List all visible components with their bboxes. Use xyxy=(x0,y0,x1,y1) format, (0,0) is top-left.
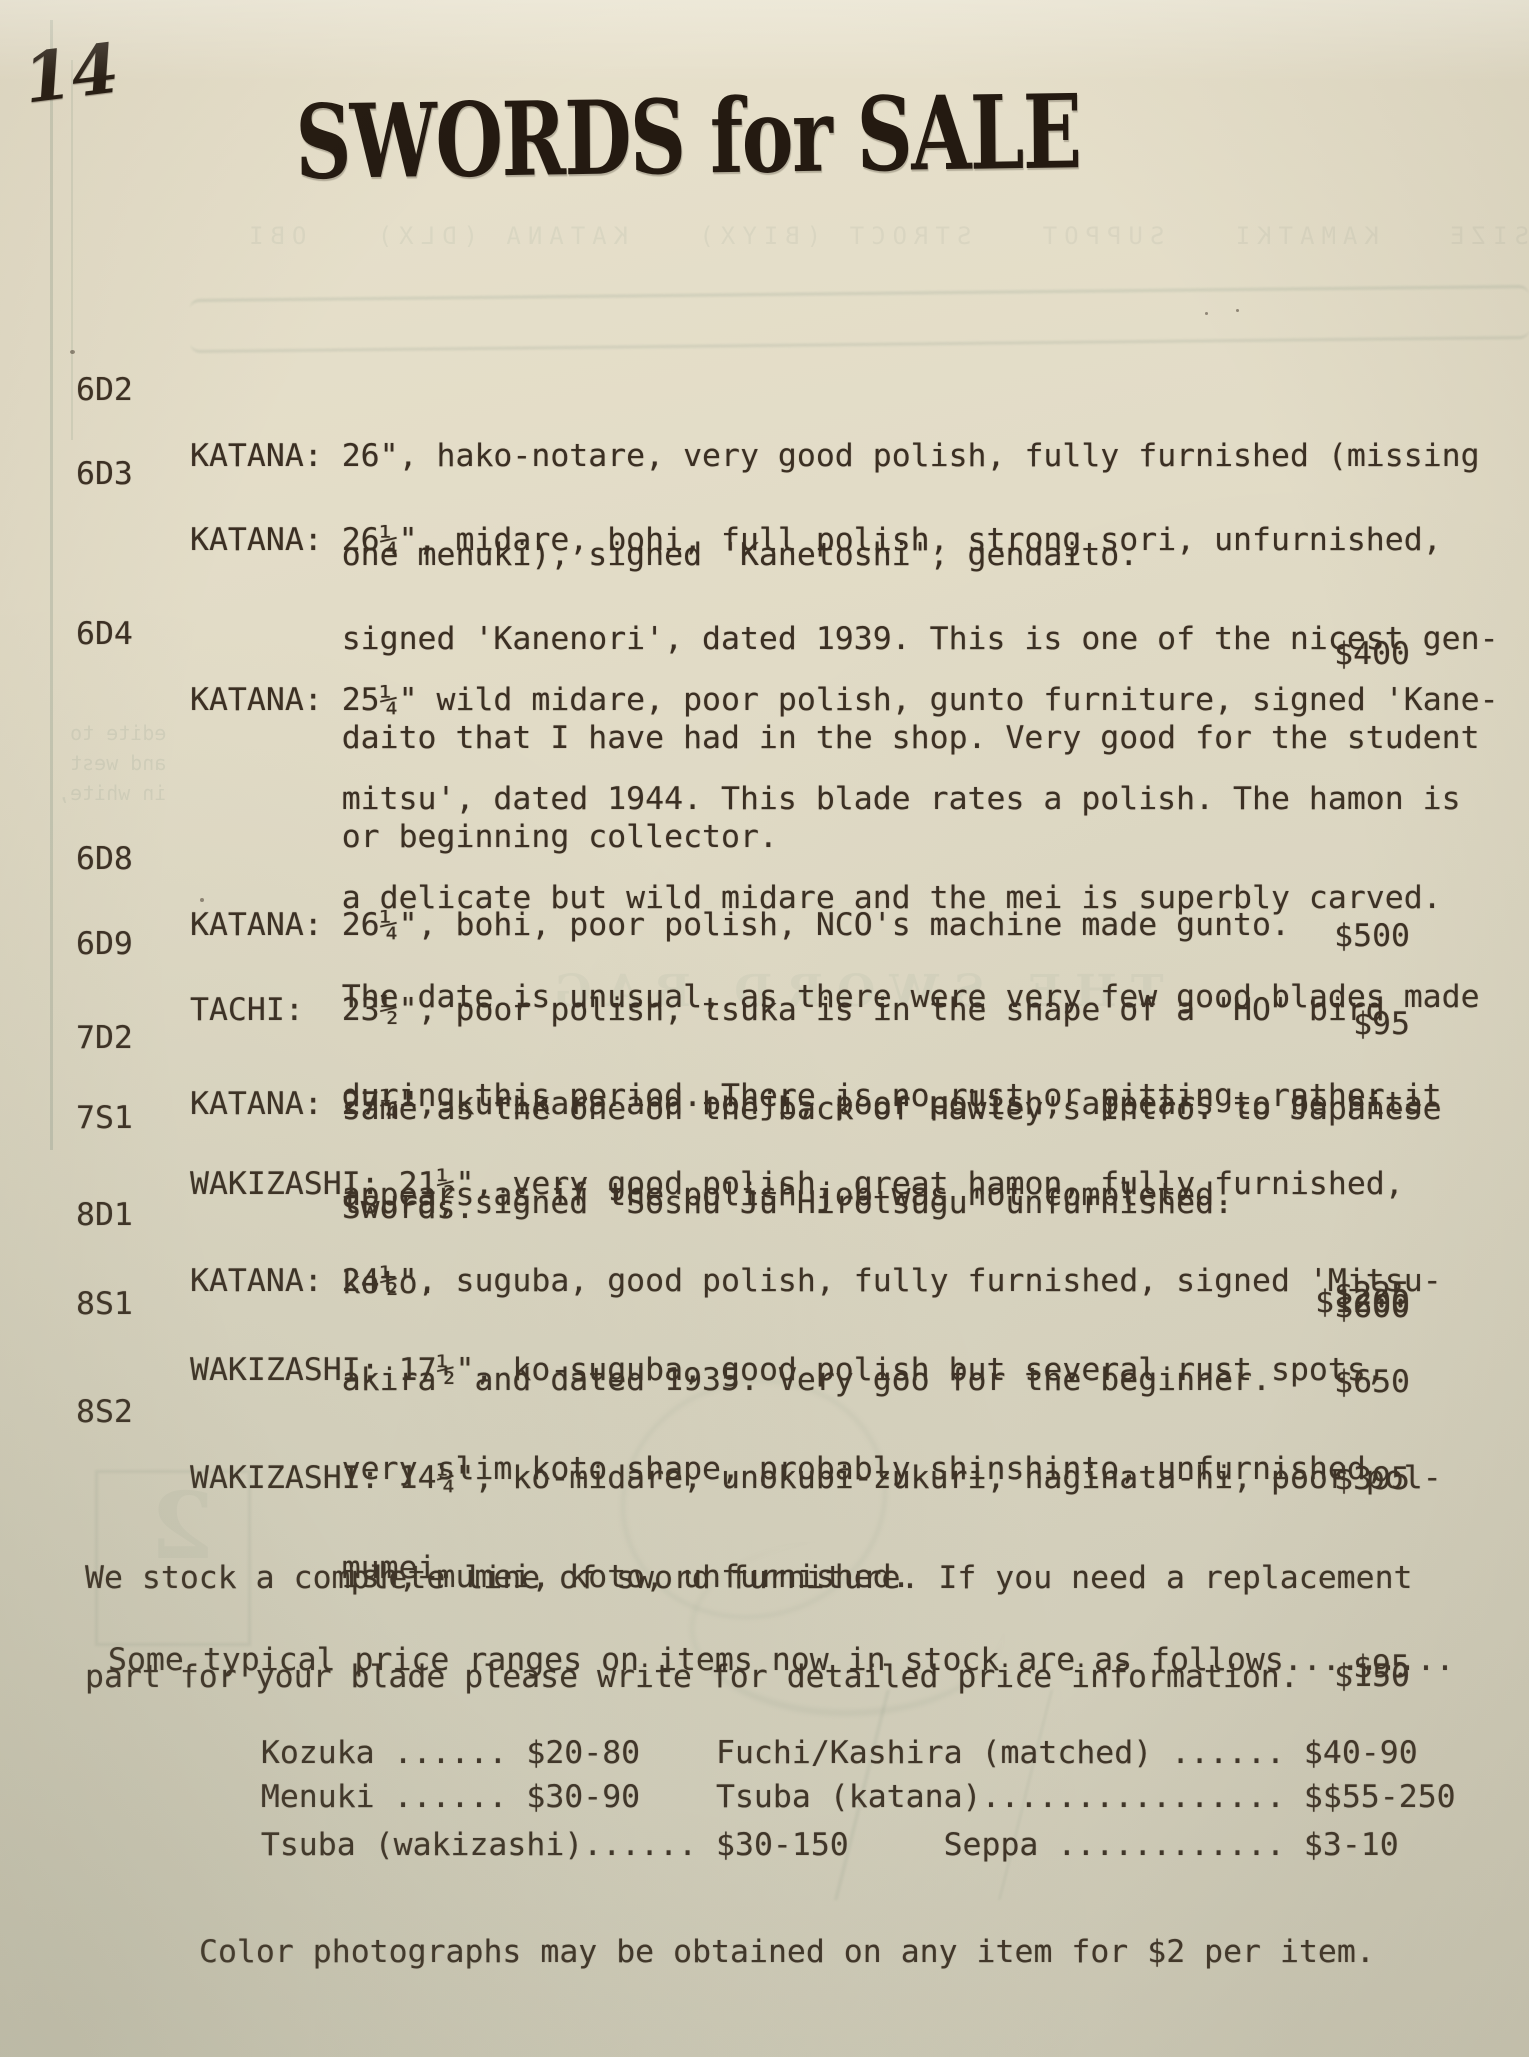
bleedthrough-left-rule xyxy=(50,20,53,1150)
price-range-left: Tsuba (wakizashi)...... $30-150 xyxy=(261,1829,944,1862)
listing-line: mitsu', dated 1944. This blade rates a p… xyxy=(342,783,1410,816)
footer-note: Color photographs may be obtained on any… xyxy=(199,1936,1375,1969)
scanned-catalog-page: SIZE KAMATKI SUPPOT STROCT (BIYX) KATANA… xyxy=(0,0,1529,2057)
ink-speck xyxy=(1205,312,1208,315)
price-range-right: Seppa ............ $3-10 xyxy=(944,1827,1399,1863)
listing-line: WAKIZASHI: 21½", very good polish, great… xyxy=(190,1168,1410,1201)
bleedthrough-left-rule-2 xyxy=(71,60,73,440)
bleedthrough-pencil-lines xyxy=(190,285,1529,353)
bleedthrough-text-top: SIZE KAMATKI SUPPOT STROCT (BIYX) KATANA… xyxy=(170,222,1529,250)
furniture-note-line: We stock a complete line of sword furnit… xyxy=(85,1562,1413,1595)
price-ranges-intro: Some typical price ranges on items now i… xyxy=(108,1644,1455,1677)
listing-line: WAKIZASHI: 14¼", ko-midare, unokubi-zuku… xyxy=(190,1462,1410,1495)
ink-speck xyxy=(1236,309,1239,312)
listing-line: WAKIZASHI: 17½", ko-suguba, good polish … xyxy=(190,1354,1410,1387)
page-number: 14 xyxy=(20,34,122,113)
price-range-row: Tsuba (wakizashi)...... $30-150Seppa ...… xyxy=(185,1796,1399,1895)
listing-line: KATANA: 25¼" wild midare, poor polish, g… xyxy=(190,684,1410,717)
ink-speck xyxy=(70,350,75,354)
listing-line: KATANA: 26¼", midare, bohi, full polish,… xyxy=(190,524,1410,557)
page-title: SWORDS for SALE xyxy=(295,79,1081,197)
